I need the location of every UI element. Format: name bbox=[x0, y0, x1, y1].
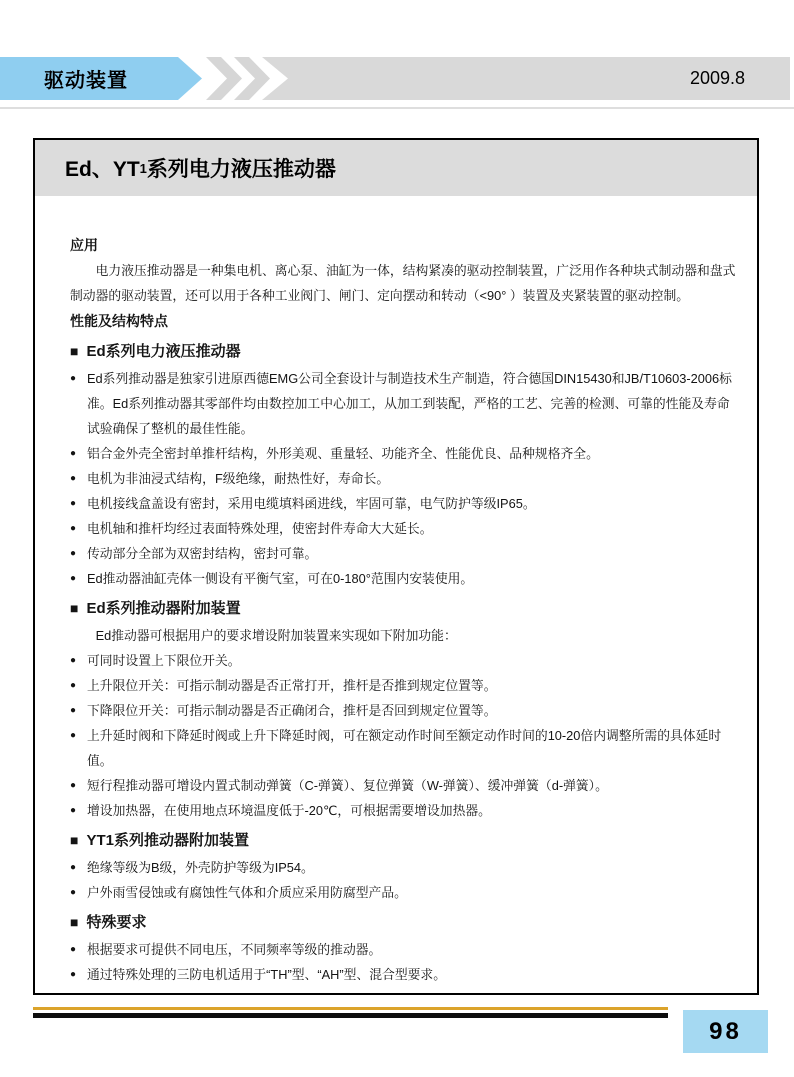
block-text: 可同时设置上下限位开关。 bbox=[87, 653, 241, 668]
section-marker-icon: ■ bbox=[70, 914, 78, 930]
block-text: 上升限位开关：可指示制动器是否正常打开，推杆是否推到规定位置等。 bbox=[87, 678, 497, 693]
bullet-icon: ● bbox=[70, 541, 76, 566]
footer-black-line bbox=[33, 1013, 668, 1018]
bullet-icon: ● bbox=[70, 773, 76, 798]
bullet-item: ●下降限位开关：可指示制动器是否正确闭合，推杆是否回到规定位置等。 bbox=[70, 698, 741, 723]
block-text: Ed系列推动器是独家引进原西德EMG公司全套设计与制造技术生产制造，符合德国DI… bbox=[87, 371, 732, 436]
title-suffix: 系列电力液压推动器 bbox=[147, 153, 336, 183]
content-box: Ed、YT1系列电力液压推动器 应用电力液压推动器是一种集电机、离心泵、油缸为一… bbox=[33, 138, 759, 995]
section-marker-icon: ■ bbox=[70, 600, 78, 616]
date-label: 2009.8 bbox=[690, 68, 745, 89]
bullet-icon: ● bbox=[70, 441, 76, 466]
block-text: Ed推动器可根据用户的要求增设附加装置来实现如下附加功能： bbox=[96, 628, 457, 643]
bullet-item: ●Ed系列推动器是独家引进原西德EMG公司全套设计与制造技术生产制造，符合德国D… bbox=[70, 366, 741, 441]
bullet-item: ●上升限位开关：可指示制动器是否正常打开，推杆是否推到规定位置等。 bbox=[70, 673, 741, 698]
bullet-item: ●电机轴和推杆均经过表面特殊处理，使密封件寿命大大延长。 bbox=[70, 516, 741, 541]
block-text: 应用 bbox=[70, 237, 98, 253]
bullet-item: ●电机为非油浸式结构，F级绝缘，耐热性好，寿命长。 bbox=[70, 466, 741, 491]
bullet-item: ●根据要求可提供不同电压，不同频率等级的推动器。 bbox=[70, 937, 741, 962]
bullet-item: ●Ed推动器油缸壳体一侧设有平衡气室，可在0-180°范围内安装使用。 bbox=[70, 566, 741, 591]
bullet-icon: ● bbox=[70, 698, 76, 723]
page-title: Ed、YT1系列电力液压推动器 bbox=[35, 140, 757, 196]
block-text: 电机接线盒盖设有密封，采用电缆填料函进线，牢固可靠，电气防护等级IP65。 bbox=[87, 496, 536, 511]
bullet-item: ●通过特殊处理的三防电机适用于“TH”型、“AH”型、混合型要求。 bbox=[70, 962, 741, 987]
bullet-item: ●上升延时阀和下降延时阀或上升下降延时阀，可在额定动作时间至额定动作时间的10-… bbox=[70, 723, 741, 773]
bullet-item: ●电机接线盒盖设有密封，采用电缆填料函进线，牢固可靠，电气防护等级IP65。 bbox=[70, 491, 741, 516]
block-text: 电机为非油浸式结构，F级绝缘，耐热性好，寿命长。 bbox=[87, 471, 389, 486]
section-marker-icon: ■ bbox=[70, 343, 78, 359]
block-text: Ed推动器油缸壳体一侧设有平衡气室，可在0-180°范围内安装使用。 bbox=[87, 571, 473, 586]
header-band: 驱动装置 2009.8 bbox=[0, 57, 794, 100]
bullet-item: ●传动部分全部为双密封结构，密封可靠。 bbox=[70, 541, 741, 566]
category-label: 驱动装置 bbox=[44, 64, 128, 93]
bullet-icon: ● bbox=[70, 366, 76, 391]
content-blocks: 应用电力液压推动器是一种集电机、离心泵、油缸为一体，结构紧凑的驱动控制装置，广泛… bbox=[35, 196, 757, 987]
bullet-item: ●绝缘等级为B级，外壳防护等级为IP54。 bbox=[70, 855, 741, 880]
block-text: Ed系列电力液压推动器 bbox=[86, 343, 240, 360]
block-text: YT1系列推动器附加装置 bbox=[86, 832, 249, 849]
bullet-icon: ● bbox=[70, 516, 76, 541]
bullet-icon: ● bbox=[70, 491, 76, 516]
section-heading: ■YT1系列推动器附加装置 bbox=[70, 826, 741, 855]
block-text: 性能及结构特点 bbox=[70, 313, 168, 329]
page-number: 98 bbox=[709, 1018, 742, 1046]
block-text: 绝缘等级为B级，外壳防护等级为IP54。 bbox=[87, 860, 314, 875]
bullet-icon: ● bbox=[70, 566, 76, 591]
footer-gold-line bbox=[33, 1007, 668, 1010]
bullet-icon: ● bbox=[70, 723, 76, 748]
bullet-item: ●可同时设置上下限位开关。 bbox=[70, 648, 741, 673]
title-prefix: Ed、YT bbox=[65, 153, 140, 183]
date-band: 2009.8 bbox=[262, 57, 790, 100]
section-heading: ■Ed系列电力液压推动器 bbox=[70, 337, 741, 366]
category-tab: 驱动装置 bbox=[0, 57, 202, 100]
paragraph: 电力液压推动器是一种集电机、离心泵、油缸为一体，结构紧凑的驱动控制装置，广泛用作… bbox=[70, 258, 741, 308]
catalog-page: 驱动装置 2009.8 Ed、YT1系列电力液压推动器 应用电力液压推动器是一种… bbox=[0, 0, 794, 1077]
block-text: 通过特殊处理的三防电机适用于“TH”型、“AH”型、混合型要求。 bbox=[87, 967, 446, 982]
header-divider bbox=[0, 107, 794, 109]
section-heading: 性能及结构特点 bbox=[70, 308, 741, 334]
block-text: 电力液压推动器是一种集电机、离心泵、油缸为一体，结构紧凑的驱动控制装置，广泛用作… bbox=[70, 263, 735, 303]
paragraph: Ed推动器可根据用户的要求增设附加装置来实现如下附加功能： bbox=[70, 623, 741, 648]
block-text: 根据要求可提供不同电压，不同频率等级的推动器。 bbox=[87, 942, 381, 957]
block-text: 上升延时阀和下降延时阀或上升下降延时阀，可在额定动作时间至额定动作时间的10-2… bbox=[87, 728, 721, 768]
block-text: 铝合金外壳全密封单推杆结构，外形美观、重量轻、功能齐全、性能优良、品种规格齐全。 bbox=[87, 446, 599, 461]
section-heading: ■特殊要求 bbox=[70, 908, 741, 937]
block-text: 电机轴和推杆均经过表面特殊处理，使密封件寿命大大延长。 bbox=[87, 521, 433, 536]
title-subscript: 1 bbox=[140, 161, 147, 176]
block-text: 短行程推动器可增设内置式制动弹簧（C-弹簧）、复位弹簧（W-弹簧）、缓冲弹簧（d… bbox=[87, 778, 608, 793]
bullet-icon: ● bbox=[70, 648, 76, 673]
bullet-item: ●增设加热器，在使用地点环境温度低于-20℃，可根据需要增设加热器。 bbox=[70, 798, 741, 823]
bullet-item: ●户外雨雪侵蚀或有腐蚀性气体和介质应采用防腐型产品。 bbox=[70, 880, 741, 905]
block-text: 增设加热器，在使用地点环境温度低于-20℃，可根据需要增设加热器。 bbox=[87, 803, 491, 818]
bullet-icon: ● bbox=[70, 962, 76, 987]
bullet-icon: ● bbox=[70, 855, 76, 880]
section-heading: 应用 bbox=[70, 232, 741, 258]
block-text: 特殊要求 bbox=[86, 914, 146, 931]
bullet-item: ●短行程推动器可增设内置式制动弹簧（C-弹簧）、复位弹簧（W-弹簧）、缓冲弹簧（… bbox=[70, 773, 741, 798]
bullet-icon: ● bbox=[70, 798, 76, 823]
page-number-badge: 98 bbox=[683, 1010, 768, 1053]
bullet-icon: ● bbox=[70, 673, 76, 698]
bullet-icon: ● bbox=[70, 937, 76, 962]
block-text: 下降限位开关：可指示制动器是否正确闭合，推杆是否回到规定位置等。 bbox=[87, 703, 497, 718]
block-text: 户外雨雪侵蚀或有腐蚀性气体和介质应采用防腐型产品。 bbox=[87, 885, 407, 900]
block-text: 传动部分全部为双密封结构，密封可靠。 bbox=[87, 546, 317, 561]
bullet-icon: ● bbox=[70, 466, 76, 491]
bullet-icon: ● bbox=[70, 880, 76, 905]
block-text: Ed系列推动器附加装置 bbox=[86, 600, 240, 617]
bullet-item: ●铝合金外壳全密封单推杆结构，外形美观、重量轻、功能齐全、性能优良、品种规格齐全… bbox=[70, 441, 741, 466]
chevron-right-icon bbox=[206, 57, 242, 100]
section-heading: ■Ed系列推动器附加装置 bbox=[70, 594, 741, 623]
section-marker-icon: ■ bbox=[70, 832, 78, 848]
